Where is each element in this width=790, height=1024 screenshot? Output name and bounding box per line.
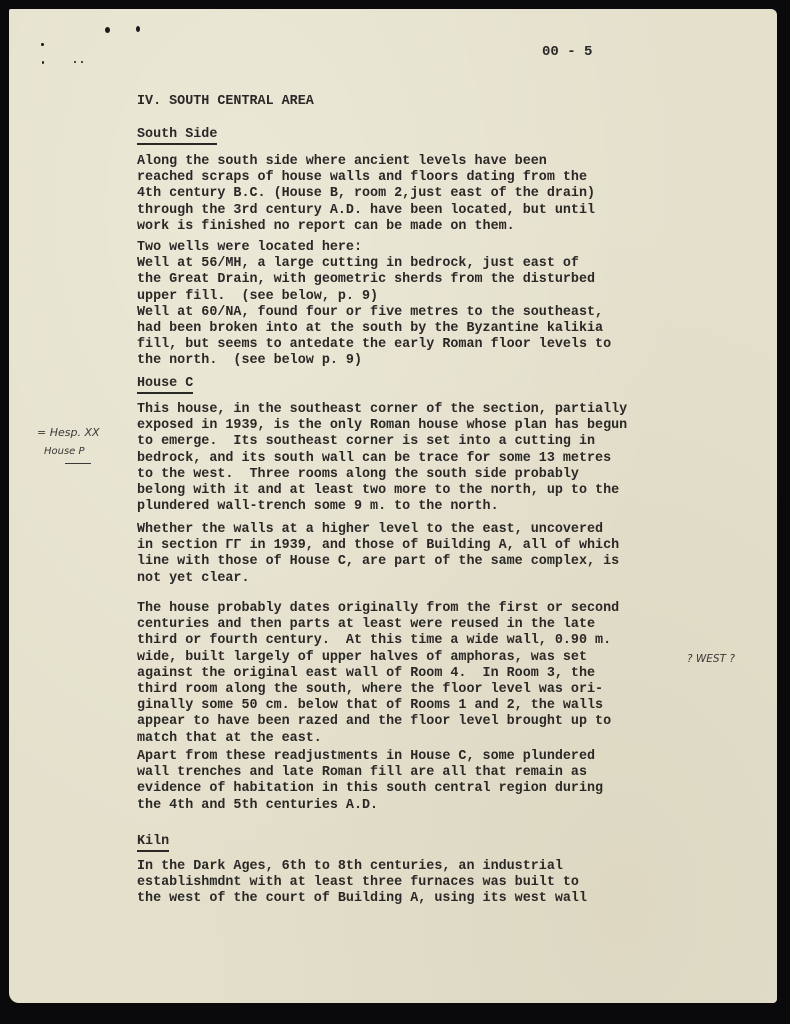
text-line: the north. (see below p. 9) [137,353,611,369]
text-line: Well at 60/NA, found four or five metres… [137,305,611,321]
text-line: evidence of habitation in this south cen… [137,781,603,797]
paper-speck [74,61,76,63]
text-line: through the 3rd century A.D. have been l… [137,203,595,219]
paper-speck [41,43,44,46]
text-line: centuries and then parts at least were r… [137,617,619,633]
text-line: wide, built largely of upper halves of a… [137,650,619,666]
text-line: Well at 56/MH, a large cutting in bedroc… [137,256,611,272]
paper-speck [81,61,83,63]
paragraph-house-c-1: This house, in the southeast corner of t… [137,402,627,515]
text-line: the Great Drain, with geometric sherds f… [137,272,611,288]
paragraph-wells: Two wells were located here: Well at 56/… [137,240,611,370]
text-line: Apart from these readjustments in House … [137,749,603,765]
text-line: plundered wall-trench some 9 m. to the n… [137,499,627,515]
paragraph-house-c-4: Apart from these readjustments in House … [137,749,603,814]
text-line: The house probably dates originally from… [137,601,619,617]
handwritten-underline [65,463,91,464]
text-line: fill, but seems to antedate the early Ro… [137,337,611,353]
text-line: appear to have been razed and the floor … [137,714,619,730]
heading-house-c: House C [137,376,193,394]
text-line: work is finished no report can be made o… [137,219,595,235]
text-line: exposed in 1939, is the only Roman house… [137,418,627,434]
heading-south-side: South Side [137,127,217,145]
text-line: Whether the walls at a higher level to t… [137,522,619,538]
text-line: Along the south side where ancient level… [137,154,595,170]
text-line: had been broken into at the south by the… [137,321,611,337]
handwritten-note-west: ? WEST ? [687,653,735,665]
handwritten-note-house-p: House P [44,446,85,457]
text-line: ginally some 50 cm. below that of Rooms … [137,698,619,714]
paragraph-house-c-2: Whether the walls at a higher level to t… [137,522,619,587]
text-line: In the Dark Ages, 6th to 8th centuries, … [137,859,587,875]
text-line: the west of the court of Building A, usi… [137,891,587,907]
paper-speck [42,61,44,64]
heading-kiln: Kiln [137,834,169,852]
text-line: wall trenches and late Roman fill are al… [137,765,603,781]
text-line: not yet clear. [137,571,619,587]
section-title: IV. SOUTH CENTRAL AREA [137,94,314,109]
text-line: upper fill. (see below, p. 9) [137,289,611,305]
text-line: match that at the east. [137,731,619,747]
text-line: line with those of House C, are part of … [137,554,619,570]
paragraph-kiln-1: In the Dark Ages, 6th to 8th centuries, … [137,859,587,908]
paper-speck [105,27,110,33]
paragraph-south-side-1: Along the south side where ancient level… [137,154,595,235]
text-line: Two wells were located here: [137,240,611,256]
text-line: in section ΓΓ in 1939, and those of Buil… [137,538,619,554]
text-line: to emerge. Its southeast corner is set i… [137,434,627,450]
handwritten-note-hesperia: = Hesp. XX [37,426,100,439]
paragraph-house-c-3: The house probably dates originally from… [137,601,619,747]
text-line: 4th century B.C. (House B, room 2,just e… [137,186,595,202]
text-line: third or fourth century. At this time a … [137,633,619,649]
text-line: This house, in the southeast corner of t… [137,402,627,418]
text-line: the 4th and 5th centuries A.D. [137,798,603,814]
text-line: to the west. Three rooms along the south… [137,467,627,483]
text-line: against the original east wall of Room 4… [137,666,619,682]
text-line: third room along the south, where the fl… [137,682,619,698]
text-line: belong with it and at least two more to … [137,483,627,499]
page-number: 00 - 5 [542,44,592,60]
paper-speck [136,26,140,32]
document-page: 00 - 5 IV. SOUTH CENTRAL AREA South Side… [9,9,777,1003]
text-line: establishmdnt with at least three furnac… [137,875,587,891]
text-line: reached scraps of house walls and floors… [137,170,595,186]
text-line: bedrock, and its south wall can be trace… [137,451,627,467]
